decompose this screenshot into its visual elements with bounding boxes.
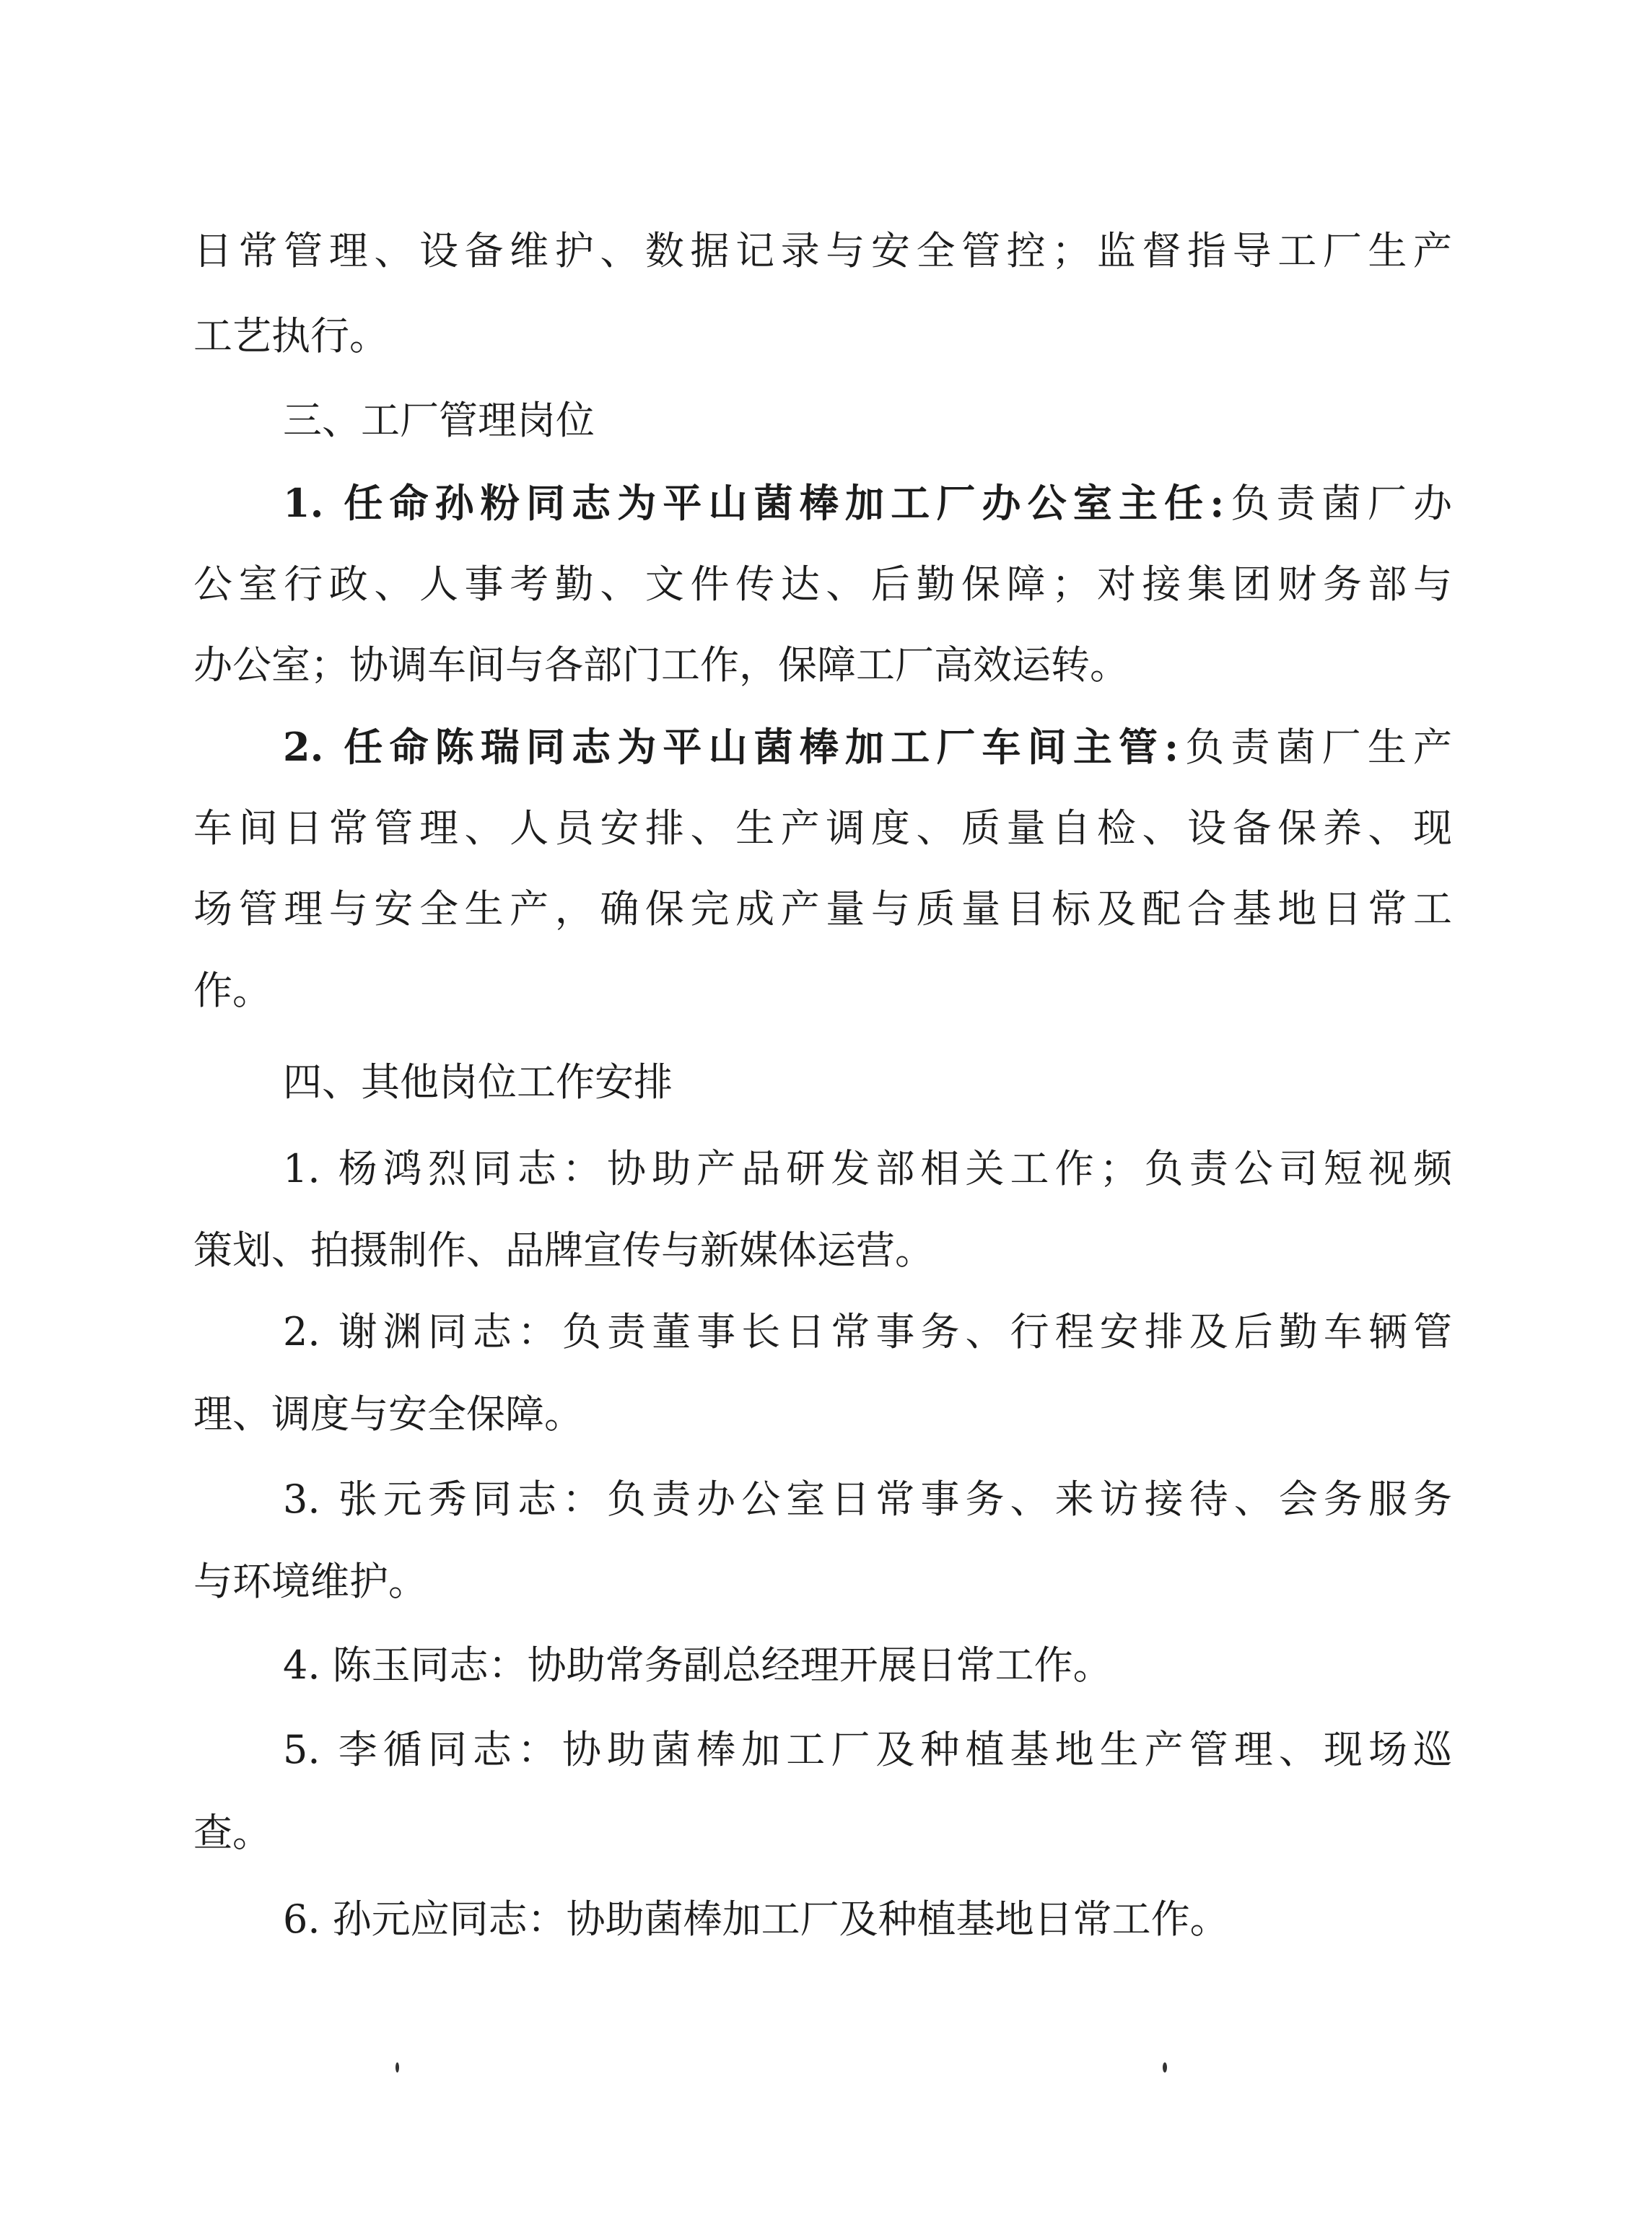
document-page: 日常管理、设备维护、数据记录与安全管控；监督指导工厂生产 工艺执行。 三、工厂管… bbox=[0, 0, 1652, 2219]
paragraph-line: 理、调度与安全保障。 bbox=[193, 1389, 1452, 1440]
line-text: 负责菌厂生产 bbox=[1179, 725, 1452, 770]
line-text: 3. 张元秀同志：负责办公室日常事务、来访接待、会务服务 bbox=[283, 1476, 1452, 1522]
paragraph-line: 公室行政、人事考勤、文件传达、后勤保障；对接集团财务部与 bbox=[193, 559, 1452, 610]
line-text: 查。 bbox=[193, 1810, 271, 1855]
paragraph-line: 办公室；协调车间与各部门工作，保障工厂高效运转。 bbox=[193, 640, 1452, 691]
appointment-item-1: 1. 任命孙粉同志为平山菌棒加工厂办公室主任:负责菌厂办 bbox=[283, 478, 1452, 528]
line-text: 车间日常管理、人员安排、生产调度、质量自检、设备保养、现 bbox=[193, 805, 1452, 851]
line-text: 4. 陈玉同志：协助常务副总经理开展日常工作。 bbox=[283, 1642, 1112, 1688]
section-heading-four: 四、其他岗位工作安排 bbox=[283, 1057, 1452, 1108]
scan-mark-right bbox=[1163, 2062, 1167, 2073]
section-title: 三、工厂管理岗位 bbox=[283, 398, 595, 443]
assignment-item-5: 5. 李循同志：协助菌棒加工厂及种植基地生产管理、现场巡 bbox=[283, 1725, 1452, 1775]
assignment-item-4: 4. 陈玉同志：协助常务副总经理开展日常工作。 bbox=[283, 1640, 1452, 1691]
line-text: 负责菌厂办 bbox=[1224, 481, 1452, 526]
line-text: 办公室；协调车间与各部门工作，保障工厂高效运转。 bbox=[193, 642, 1129, 688]
line-text: 1. 杨鸿烈同志：协助产品研发部相关工作；负责公司短视频 bbox=[283, 1146, 1452, 1191]
line-text: 作。 bbox=[193, 968, 271, 1013]
line-text: 理、调度与安全保障。 bbox=[193, 1391, 583, 1437]
appointment-title: 1. 任命孙粉同志为平山菌棒加工厂办公室主任: bbox=[283, 480, 1224, 526]
assignment-item-2: 2. 谢渊同志：负责董事长日常事务、行程安排及后勤车辆管 bbox=[283, 1307, 1452, 1357]
section-heading-three: 三、工厂管理岗位 bbox=[283, 395, 1452, 446]
paragraph-line: 查。 bbox=[193, 1808, 1452, 1858]
assignment-item-6: 6. 孙元应同志：协助菌棒加工厂及种植基地日常工作。 bbox=[283, 1894, 1452, 1945]
line-text: 5. 李循同志：协助菌棒加工厂及种植基地生产管理、现场巡 bbox=[283, 1727, 1452, 1772]
paragraph-line: 作。 bbox=[193, 966, 1452, 1016]
line-text: 6. 孙元应同志：协助菌棒加工厂及种植基地日常工作。 bbox=[283, 1896, 1229, 1942]
line-text: 策划、拍摄制作、品牌宣传与新媒体运营。 bbox=[193, 1227, 934, 1273]
paragraph-continuation-line: 日常管理、设备维护、数据记录与安全管控；监督指导工厂生产 bbox=[193, 226, 1452, 276]
paragraph-line: 场管理与安全生产，确保完成产量与质量目标及配合基地日常工 bbox=[193, 884, 1452, 935]
line-text: 日常管理、设备维护、数据记录与安全管控；监督指导工厂生产 bbox=[193, 228, 1452, 273]
appointment-title: 2. 任命陈瑞同志为平山菌棒加工厂车间主管: bbox=[283, 724, 1179, 770]
line-text: 公室行政、人事考勤、文件传达、后勤保障；对接集团财务部与 bbox=[193, 561, 1452, 607]
line-text: 场管理与安全生产，确保完成产量与质量目标及配合基地日常工 bbox=[193, 886, 1452, 932]
line-text: 与环境维护。 bbox=[193, 1559, 427, 1604]
assignment-item-1: 1. 杨鸿烈同志：协助产品研发部相关工作；负责公司短视频 bbox=[283, 1144, 1452, 1194]
paragraph-line: 策划、拍摄制作、品牌宣传与新媒体运营。 bbox=[193, 1225, 1452, 1276]
line-text: 工艺执行。 bbox=[193, 313, 388, 359]
appointment-item-2: 2. 任命陈瑞同志为平山菌棒加工厂车间主管:负责菌厂生产 bbox=[283, 722, 1452, 772]
assignment-item-3: 3. 张元秀同志：负责办公室日常事务、来访接待、会务服务 bbox=[283, 1474, 1452, 1525]
scan-mark-left bbox=[395, 2062, 399, 2073]
paragraph-line: 车间日常管理、人员安排、生产调度、质量自检、设备保养、现 bbox=[193, 803, 1452, 854]
paragraph-continuation-line: 工艺执行。 bbox=[193, 311, 1452, 362]
paragraph-line: 与环境维护。 bbox=[193, 1557, 1452, 1607]
line-text: 2. 谢渊同志：负责董事长日常事务、行程安排及后勤车辆管 bbox=[283, 1309, 1452, 1354]
section-title: 四、其他岗位工作安排 bbox=[283, 1059, 673, 1105]
